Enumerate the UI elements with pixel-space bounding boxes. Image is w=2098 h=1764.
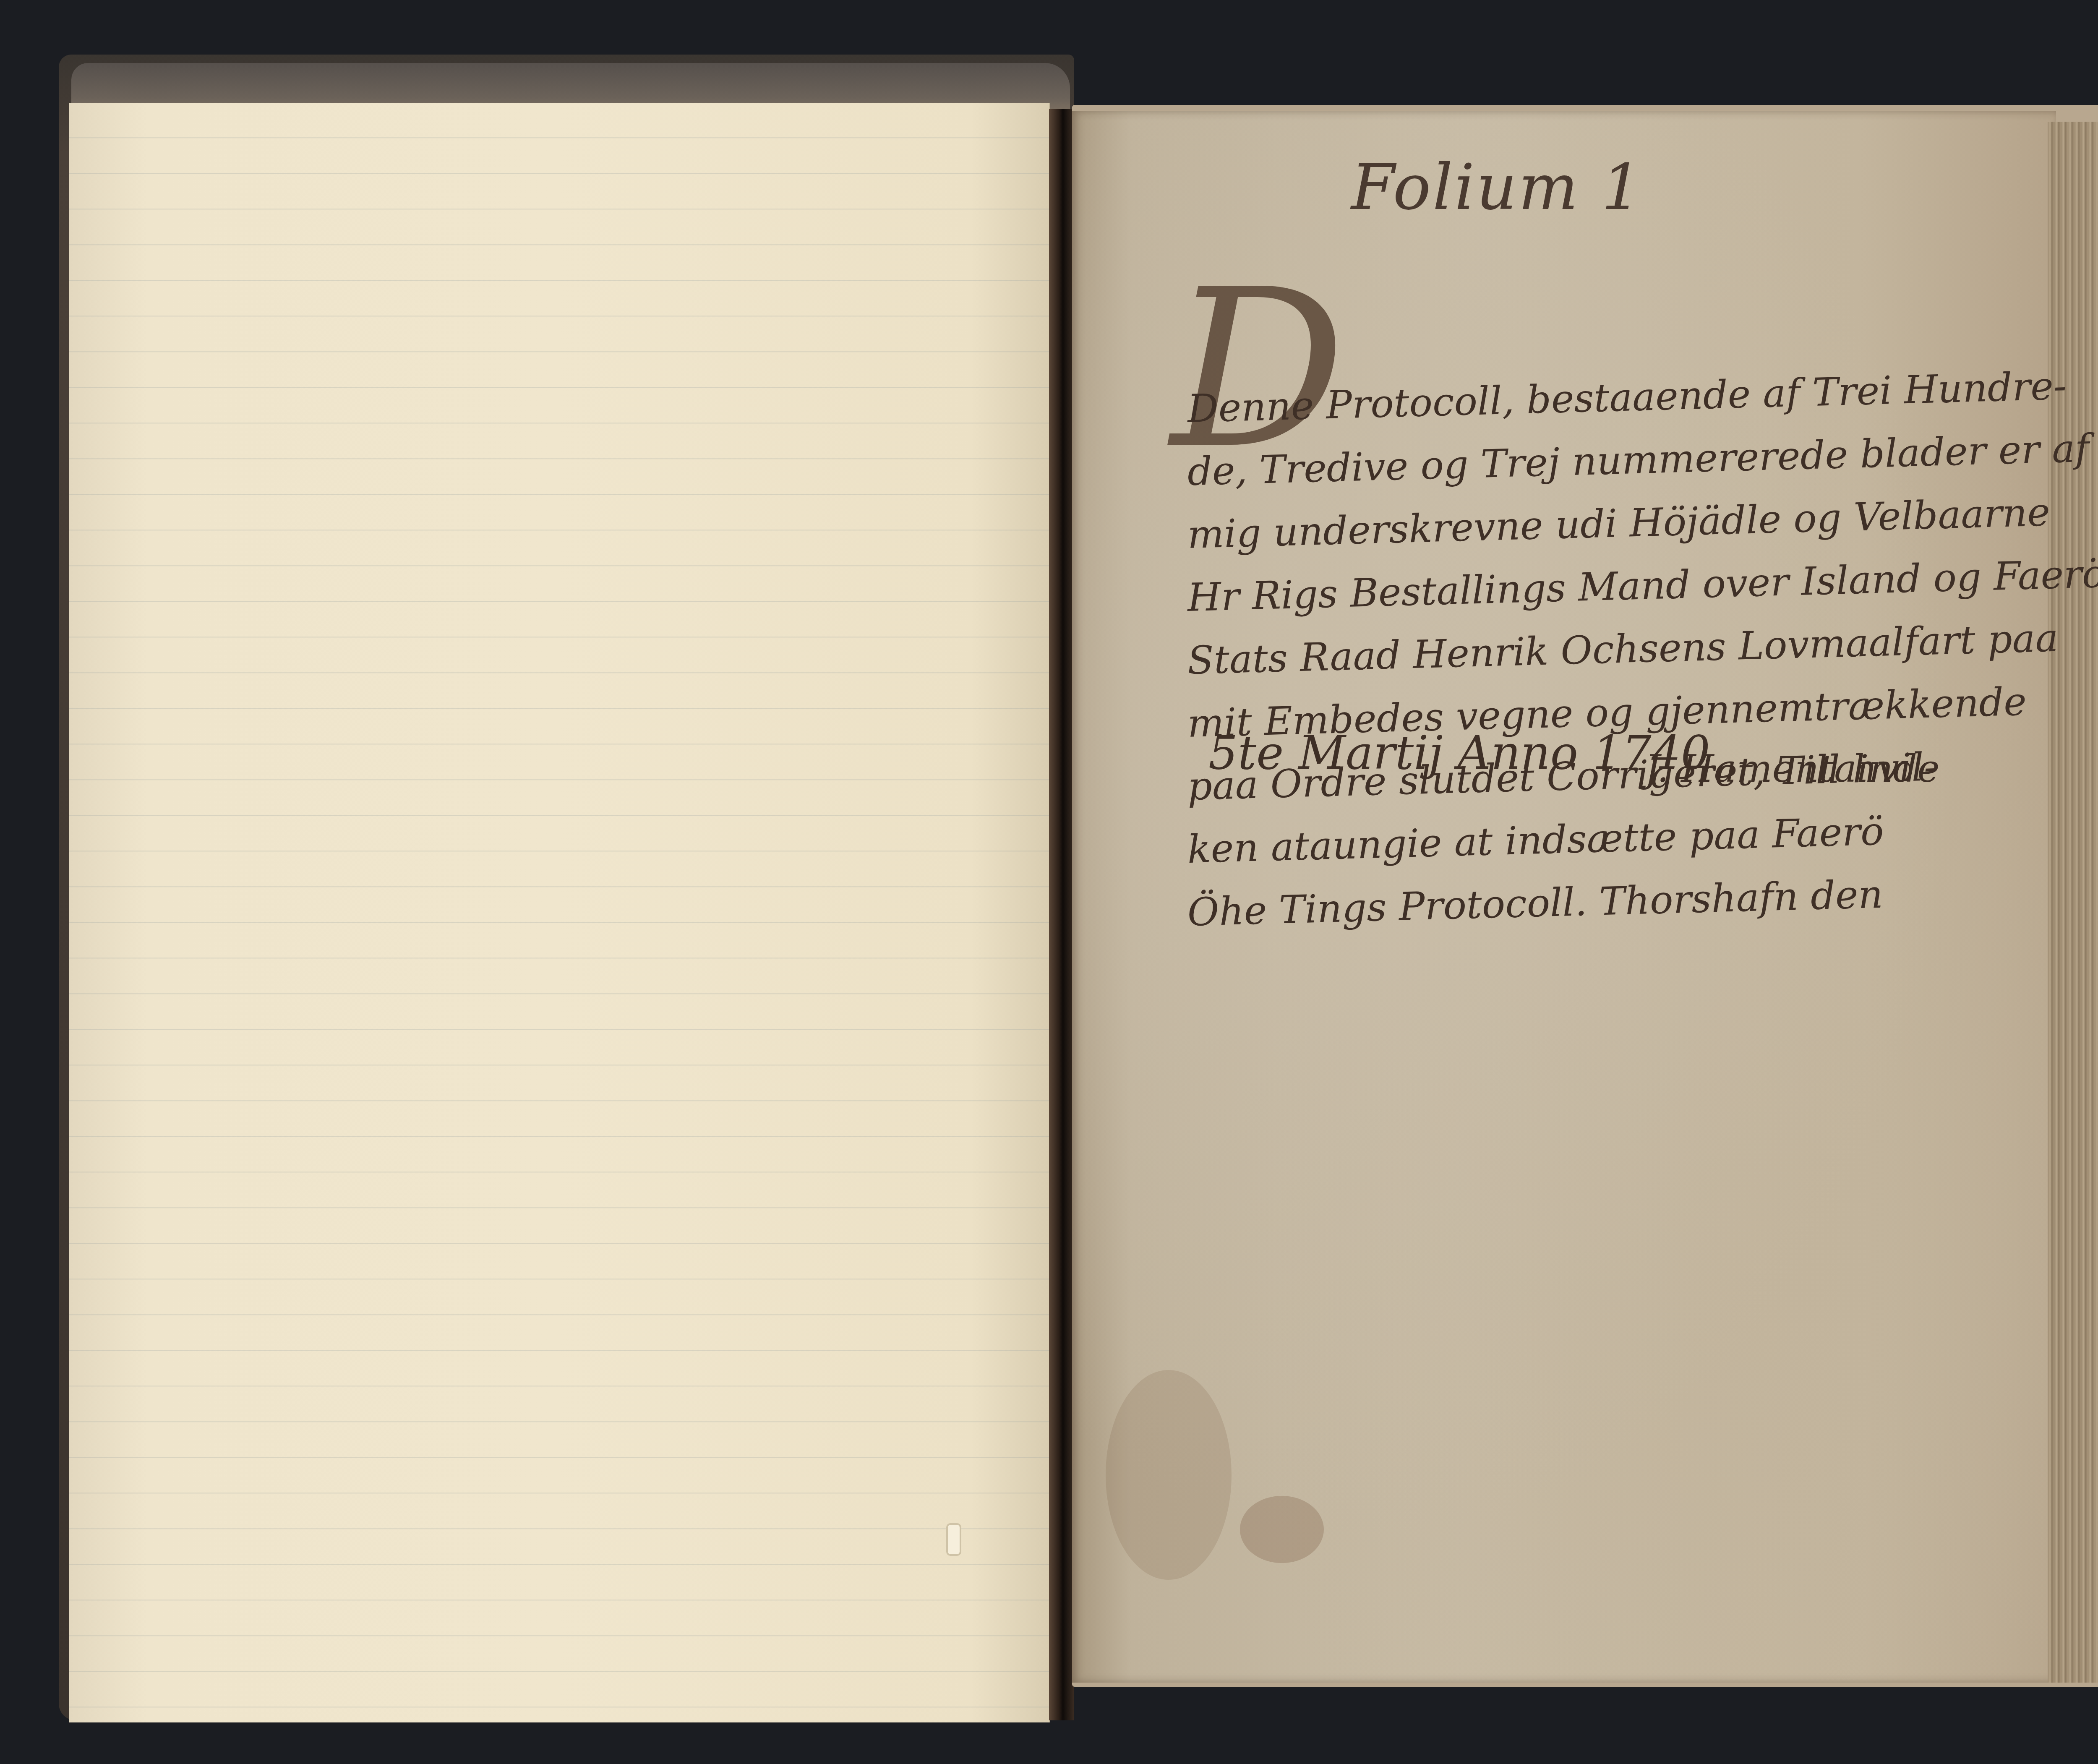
date-block: 5te Martij Anno 1740 xyxy=(1208,726,1710,780)
manuscript-text: Denne Protocoll, bestaaende af Trei Hund… xyxy=(1187,378,2060,944)
book-gutter xyxy=(1049,109,1074,1720)
stain xyxy=(1240,1496,1324,1563)
tear-slit xyxy=(946,1523,961,1556)
signature: J. Hamentainde xyxy=(1645,747,1939,791)
left-blank-page xyxy=(69,103,1050,1722)
stain xyxy=(1106,1370,1232,1580)
date-line: 5te Martij Anno 1740 xyxy=(1208,726,1710,780)
folio-heading: Folium 1 xyxy=(1351,151,1643,224)
